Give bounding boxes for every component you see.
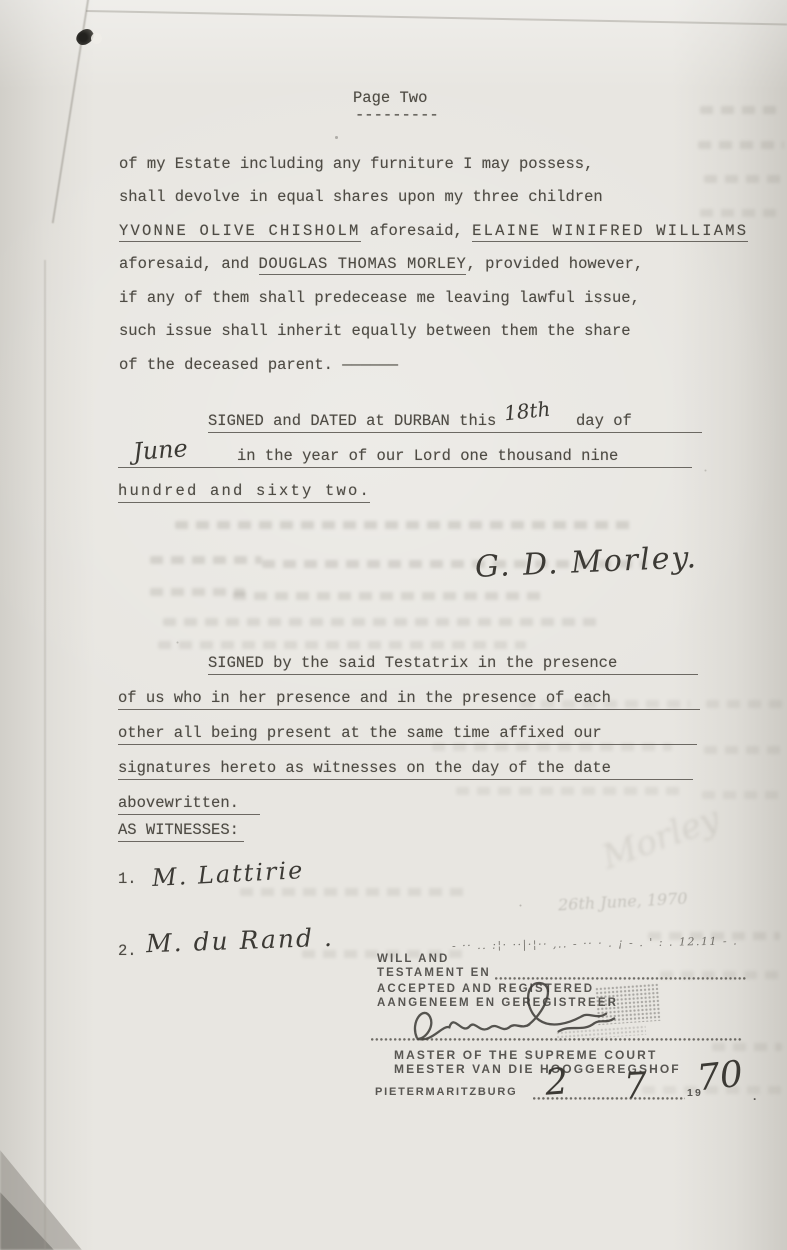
bleed-through-line bbox=[698, 141, 784, 149]
estate-paragraph-line: aforesaid, and DOUGLAS THOMAS MORLEY, pr… bbox=[119, 255, 643, 273]
scanned-will-page-two: Page Two --------- of my Estate includin… bbox=[0, 0, 787, 1250]
page-top-edge bbox=[86, 10, 787, 25]
stamp-dotted-line bbox=[371, 1038, 743, 1041]
registrar-signature bbox=[407, 976, 621, 1053]
ghost-date: 26th June, 1970 bbox=[558, 889, 688, 915]
handwritten-stamp-year: 70 bbox=[695, 1054, 745, 1100]
witness-1-signature: M. Lattirie bbox=[151, 856, 305, 892]
attestation-line-2: June in the year of our Lord one thousan… bbox=[118, 446, 692, 468]
bleed-through-line bbox=[158, 641, 526, 649]
clause-typed: other all being present at the same time… bbox=[118, 724, 602, 742]
handwritten-day: 18th bbox=[503, 397, 552, 426]
stamp-master: MASTER OF THE SUPREME COURT bbox=[394, 1048, 657, 1062]
page-title: Page Two bbox=[353, 89, 427, 107]
estate-paragraph-line: of my Estate including any furniture I m… bbox=[119, 155, 593, 173]
bleed-through-line bbox=[163, 618, 601, 626]
witness-clause-line: of us who in her presence and in the pre… bbox=[118, 689, 700, 710]
bleed-through-line bbox=[712, 1043, 782, 1051]
attestation-line-3: hundred and sixty two. bbox=[118, 481, 370, 503]
paragraph-text: aforesaid, and bbox=[119, 255, 259, 273]
stamp-testament-en: TESTAMENT EN bbox=[377, 967, 491, 979]
page-fold-line bbox=[44, 260, 46, 1250]
attestation-typed: SIGNED and DATED at DURBAN this bbox=[208, 412, 496, 430]
estate-paragraph-line: if any of them shall predecease me leavi… bbox=[119, 289, 640, 307]
estate-paragraph-line: YVONNE OLIVE CHISHOLM aforesaid, ELAINE … bbox=[119, 222, 748, 240]
paper-specks bbox=[0, 0, 1, 1]
stamp-will-and: WILL AND bbox=[377, 953, 449, 965]
attestation-line-1: SIGNED and DATED at DURBAN this 18th day… bbox=[208, 411, 702, 433]
estate-paragraph-line: of the deceased parent. —————— bbox=[119, 356, 398, 374]
pencil-note: - ·· .. :¦· ··|·¦·· ,.. - ·· · . ¡ - . '… bbox=[452, 935, 738, 953]
bleed-through-line bbox=[233, 592, 548, 600]
bleed-through-line bbox=[700, 209, 784, 217]
handwritten-stamp-day: 2 bbox=[544, 1061, 570, 1103]
attestation-typed: hundred and sixty two. bbox=[118, 482, 371, 500]
bleed-through-line bbox=[240, 888, 465, 896]
name-elaine-winifred-williams: ELAINE WINIFRED WILLIAMS bbox=[472, 222, 748, 242]
paragraph-text: , provided however, bbox=[466, 255, 643, 273]
stamp-place: PIETERMARITZBURG bbox=[375, 1086, 517, 1098]
bleed-through-line bbox=[175, 521, 630, 529]
witness-clause-line: signatures hereto as witnesses on the da… bbox=[118, 759, 693, 780]
page-title-underline: --------- bbox=[355, 106, 439, 124]
witness-2-number: 2. bbox=[118, 942, 137, 960]
bleed-through-line bbox=[150, 556, 262, 564]
clause-typed: signatures hereto as witnesses on the da… bbox=[118, 759, 611, 777]
clause-typed: of us who in her presence and in the pre… bbox=[118, 689, 611, 707]
handwritten-month: June bbox=[132, 434, 189, 466]
witness-clause-line: abovewritten. bbox=[118, 794, 260, 815]
staple-highlight bbox=[91, 33, 102, 44]
clause-typed: abovewritten. bbox=[118, 794, 239, 812]
bleed-through-line bbox=[706, 700, 784, 708]
bleed-through-line bbox=[700, 106, 780, 114]
paragraph-text: aforesaid, bbox=[361, 222, 473, 240]
ghost-signature: Morley bbox=[597, 798, 725, 877]
attestation-typed: day of bbox=[576, 412, 632, 430]
stamp-smudge bbox=[595, 983, 661, 1025]
witnesses-heading-text: AS WITNESSES: bbox=[118, 821, 239, 839]
estate-paragraph-line: such issue shall inherit equally between… bbox=[119, 322, 631, 340]
bleed-through-line bbox=[150, 588, 245, 596]
handwritten-stamp-month: 7 bbox=[623, 1065, 648, 1107]
bleed-through-line bbox=[456, 787, 681, 795]
name-yvonne-olive-chisholm: YVONNE OLIVE CHISHOLM bbox=[119, 222, 361, 242]
witness-clause-line: SIGNED by the said Testatrix in the pres… bbox=[208, 654, 698, 675]
bleed-through-line bbox=[704, 746, 784, 754]
testatrix-signature: G. D. Morley. bbox=[474, 540, 698, 585]
bleed-through-line bbox=[702, 791, 782, 799]
witnesses-heading: AS WITNESSES: bbox=[118, 821, 244, 842]
attestation-typed: in the year of our Lord one thousand nin… bbox=[237, 447, 618, 465]
bleed-through-line bbox=[704, 175, 784, 183]
estate-paragraph-line: shall devolve in equal shares upon my th… bbox=[119, 188, 603, 206]
witness-1-number: 1. bbox=[118, 870, 137, 888]
name-douglas-thomas-morley: DOUGLAS THOMAS MORLEY bbox=[259, 255, 467, 275]
stamp-trailing-period: . bbox=[753, 1089, 758, 1103]
clause-typed: SIGNED by the said Testatrix in the pres… bbox=[208, 654, 617, 672]
witness-clause-line: other all being present at the same time… bbox=[118, 724, 697, 745]
